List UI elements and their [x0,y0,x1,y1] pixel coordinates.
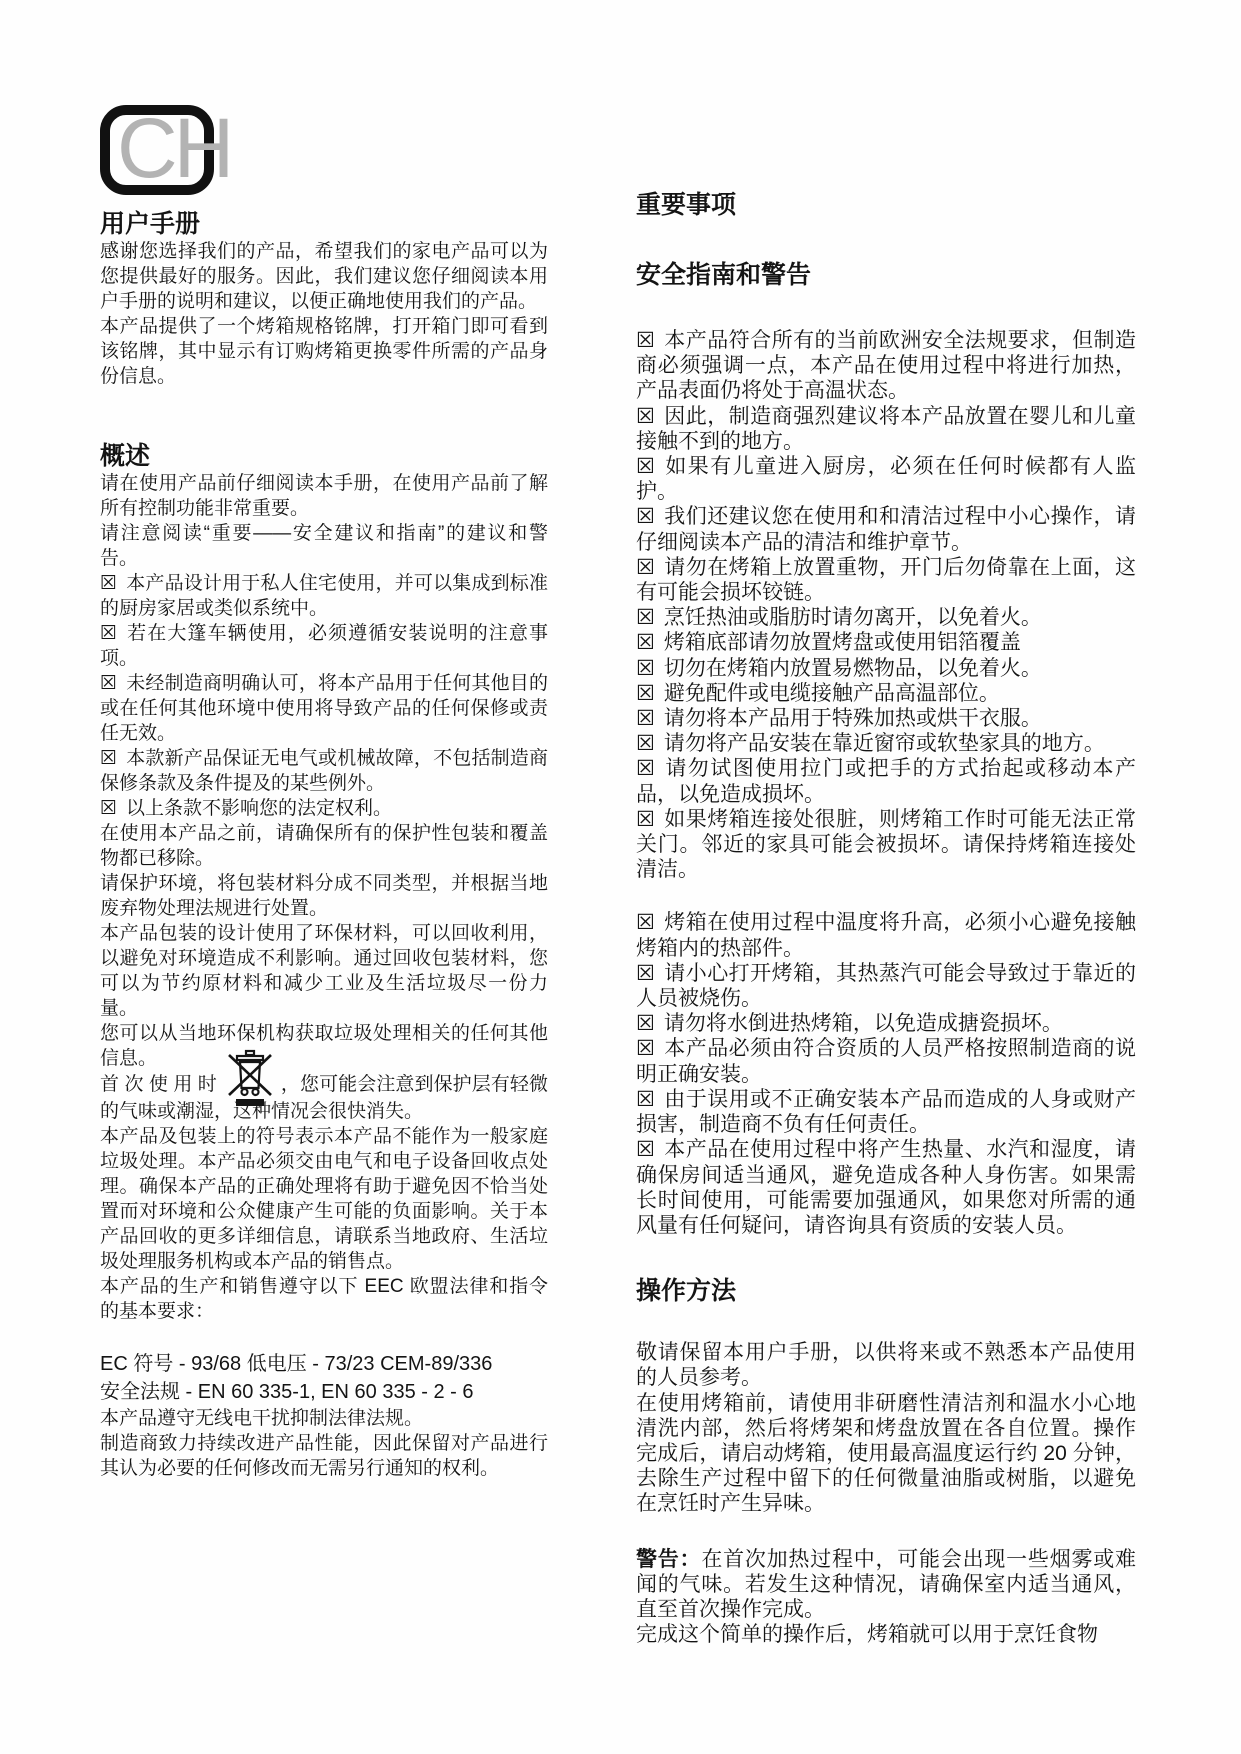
list-item-text: 切勿在烤箱内放置易燃物品，以免着火。 [664,657,1042,680]
radio-paragraph: 本产品遵守无线电干扰抑制法律法规。 [100,1406,548,1431]
disposal-paragraph: 本产品及包装上的符号表示本产品不能作为一般家庭垃圾处理。本产品必须交由电气和电子… [100,1124,548,1274]
intro-paragraph: 本产品提供了一个烤箱规格铭牌，打开箱门即可看到该铭牌，其中显示有订购烤箱更换零件… [100,314,548,389]
left-title: 用户手册 [100,209,548,239]
operation-paragraph: 在使用烤箱前，请使用非研磨性清洁剂和温水小心地清洗内部，然后将烤架和烤盘放置在各… [636,1391,1136,1517]
list-item: ☒本产品在使用过程中将产生热量、水汽和湿度，请确保房间适当通风，避免造成各种人身… [636,1137,1136,1238]
list-item: ☒请勿在烤箱上放置重物，开门后勿倚靠在上面，这有可能会损坏铰链。 [636,555,1136,605]
warning-label: 警告： [636,1548,701,1571]
list-item: ☒请勿将水倒进热烤箱，以免造成搪瓷损坏。 [636,1011,1136,1036]
ballot-x-icon: ☒ [636,606,655,629]
manual-page: CH 用户手册 感谢您选择我们的产品，希望我们的家电产品可以为您提供最好的服务。… [0,0,1241,1754]
eec-intro-paragraph: 本产品的生产和销售遵守以下 EEC 欧盟法律和指令的基本要求： [100,1274,548,1324]
list-item-text: 烤箱在使用过程中温度将升高，必须小心避免接触烤箱内的热部件。 [636,911,1136,959]
ballot-x-icon: ☒ [100,573,117,594]
list-item: ☒未经制造商明确认可，将本产品用于任何其他目的或在任何其他环境中使用将导致产品的… [100,671,548,746]
list-item-text: 本产品必须由符合资质的人员严格按照制造商的说明正确安装。 [636,1037,1136,1085]
list-item: ☒以上条款不影响您的法定权利。 [100,796,548,821]
list-item: ☒切勿在烤箱内放置易燃物品，以免着火。 [636,656,1136,681]
environment-paragraph: 本产品包装的设计使用了环保材料，可以回收利用，以避免对环境造成不利影响。通过回收… [100,921,548,1021]
left-column: CH 用户手册 感谢您选择我们的产品，希望我们的家电产品可以为您提供最好的服务。… [100,105,548,1481]
list-item: ☒若在大篷车辆使用，必须遵循安装说明的注意事项。 [100,621,548,671]
ballot-x-icon: ☒ [636,911,655,934]
list-item: ☒烤箱底部请勿放置烤盘或使用铝箔覆盖 [636,630,1136,655]
ballot-x-icon: ☒ [636,962,655,985]
list-item: ☒请勿将产品安装在靠近窗帘或软垫家具的地方。 [636,731,1136,756]
ballot-x-icon: ☒ [636,657,655,680]
ballot-x-icon: ☒ [636,707,655,730]
list-item-text: 以上条款不影响您的法定权利。 [126,798,392,819]
weee-crossed-out-bin-icon [223,1049,277,1107]
ballot-x-icon: ☒ [100,673,117,694]
overview-bullet-list: ☒本产品设计用于私人住宅使用，并可以集成到标准的厨房家居或类似系统中。 ☒若在大… [100,571,548,821]
list-item-text: 请小心打开烤箱，其热蒸汽可能会导致过于靠近的人员被烧伤。 [636,962,1136,1010]
list-item-text: 我们还建议您在使用和和清洁过程中小心操作，请仔细阅读本产品的清洁和维护章节。 [636,505,1136,553]
list-item-text: 烹饪热油或脂肪时请勿离开，以免着火。 [664,606,1042,629]
list-item: ☒如果烤箱连接处很脏，则烤箱工作时可能无法正常关门。邻近的家具可能会被损坏。请保… [636,807,1136,883]
list-item-text: 未经制造商明确认可，将本产品用于任何其他目的或在任何其他环境中使用将导致产品的任… [100,673,548,744]
ballot-x-icon: ☒ [636,732,655,755]
list-item: ☒烹饪热油或脂肪时请勿离开，以免着火。 [636,605,1136,630]
list-item-text: 请勿在烤箱上放置重物，开门后勿倚靠在上面，这有可能会损坏铰链。 [636,556,1136,604]
list-item-text: 如果烤箱连接处很脏，则烤箱工作时可能无法正常关门。邻近的家具可能会被损坏。请保持… [636,808,1136,881]
logo-text: CH [117,106,230,190]
list-item: ☒请小心打开烤箱，其热蒸汽可能会导致过于靠近的人员被烧伤。 [636,961,1136,1011]
environment-paragraph: 在使用本产品之前，请确保所有的保护性包装和覆盖物都已移除。 [100,821,548,871]
ballot-x-icon: ☒ [636,808,655,831]
list-item: ☒请勿试图使用拉门或把手的方式抬起或移动本产品，以免造成损坏。 [636,756,1136,806]
list-item: ☒由于误用或不正确安装本产品而造成的人身或财产损害，制造商不负有任何责任。 [636,1087,1136,1137]
ballot-x-icon: ☒ [636,329,655,352]
overview-heading: 概述 [100,441,548,471]
operation-heading: 操作方法 [636,1276,1136,1306]
ballot-x-icon: ☒ [636,631,655,654]
ballot-x-icon: ☒ [100,798,117,819]
list-item-text: 若在大篷车辆使用，必须遵循安装说明的注意事项。 [100,623,548,669]
warning-paragraph: 警告：在首次加热过程中，可能会出现一些烟雾或难闻的气味。若发生这种情况，请确保室… [636,1547,1136,1623]
ballot-x-icon: ☒ [636,405,655,428]
overview-paragraph: 请注意阅读“重要——安全建议和指南”的建议和警告。 [100,521,548,571]
ec-directive-line: EC 符号 - 93/68 低电压 - 73/23 CEM-89/336 [100,1350,548,1378]
ballot-x-icon: ☒ [100,623,117,644]
list-item-text: 请勿试图使用拉门或把手的方式抬起或移动本产品，以免造成损坏。 [636,757,1136,805]
ballot-x-icon: ☒ [636,556,655,579]
ballot-x-icon: ☒ [636,1012,655,1035]
safety-bullet-list-a: ☒本产品符合所有的当前欧洲安全法规要求，但制造商必须强调一点，本产品在使用过程中… [636,328,1136,882]
closing-paragraph: 完成这个简单的操作后，烤箱就可以用于烹饪食物 [636,1622,1136,1647]
ec-directives: EC 符号 - 93/68 低电压 - 73/23 CEM-89/336 安全法… [100,1350,548,1406]
environment-paragraph: 请保护环境，将包装材料分成不同类型，并根据当地废弃物处理法规进行处置。 [100,871,548,921]
list-item-text: 请勿将水倒进热烤箱，以免造成搪瓷损坏。 [664,1012,1063,1035]
first-use-text: 首 次 使 用 时 [100,1074,217,1095]
list-item-text: 避免配件或电缆接触产品高温部位。 [664,682,1000,705]
list-item: ☒如果有儿童进入厨房，必须在任何时候都有人监护。 [636,454,1136,504]
first-use-paragraph: 首 次 使 用 时 ，您可能会注意到保护层有轻微的气味或潮湿，这种情况会很快消失… [100,1071,548,1124]
ballot-x-icon: ☒ [636,1037,655,1060]
ballot-x-icon: ☒ [636,455,655,478]
list-item: ☒我们还建议您在使用和和清洁过程中小心操作，请仔细阅读本产品的清洁和维护章节。 [636,504,1136,554]
list-item: ☒本款新产品保证无电气或机械故障，不包括制造商保修条款及条件提及的某些例外。 [100,746,548,796]
list-item: ☒烤箱在使用过程中温度将升高，必须小心避免接触烤箱内的热部件。 [636,910,1136,960]
list-item-text: 请勿将本产品用于特殊加热或烘干衣服。 [664,707,1042,730]
intro-paragraph: 感谢您选择我们的产品，希望我们的家电产品可以为您提供最好的服务。因此，我们建议您… [100,239,548,314]
list-item-text: 本款新产品保证无电气或机械故障，不包括制造商保修条款及条件提及的某些例外。 [100,748,548,794]
list-item-text: 因此，制造商强烈建议将本产品放置在婴儿和儿童接触不到的地方。 [636,405,1136,453]
list-item: ☒本产品设计用于私人住宅使用，并可以集成到标准的厨房家居或类似系统中。 [100,571,548,621]
operation-paragraph: 敬请保留本用户手册，以供将来或不熟悉本产品使用的人员参考。 [636,1340,1136,1390]
list-item-text: 本产品设计用于私人住宅使用，并可以集成到标准的厨房家居或类似系统中。 [100,573,548,619]
ballot-x-icon: ☒ [636,505,655,528]
warning-text: 在首次加热过程中，可能会出现一些烟雾或难闻的气味。若发生这种情况，请确保室内适当… [636,1548,1136,1621]
ballot-x-icon: ☒ [100,748,117,769]
list-item: ☒请勿将本产品用于特殊加热或烘干衣服。 [636,706,1136,731]
environment-paragraph: 您可以从当地环保机构获取垃圾处理相关的任何其他信息。 [100,1021,548,1071]
list-item-text: 如果有儿童进入厨房，必须在任何时候都有人监护。 [636,455,1136,503]
right-column: 重要事项 安全指南和警告 ☒本产品符合所有的当前欧洲安全法规要求，但制造商必须强… [636,190,1136,1647]
ch-language-logo: CH [100,105,214,195]
ballot-x-icon: ☒ [636,1088,655,1111]
radio-paragraph: 制造商致力持续改进产品性能，因此保留对产品进行其认为必要的任何修改而无需另行通知… [100,1431,548,1481]
ballot-x-icon: ☒ [636,682,655,705]
list-item: ☒本产品符合所有的当前欧洲安全法规要求，但制造商必须强调一点，本产品在使用过程中… [636,328,1136,404]
list-item-text: 烤箱底部请勿放置烤盘或使用铝箔覆盖 [664,631,1021,654]
ballot-x-icon: ☒ [636,757,655,780]
list-item-text: 本产品符合所有的当前欧洲安全法规要求，但制造商必须强调一点，本产品在使用过程中将… [636,329,1136,402]
ec-directive-line: 安全法规 - EN 60 335-1, EN 60 335 - 2 - 6 [100,1378,548,1406]
list-item: ☒避免配件或电缆接触产品高温部位。 [636,681,1136,706]
list-item-text: 请勿将产品安装在靠近窗帘或软垫家具的地方。 [664,732,1105,755]
list-item: ☒因此，制造商强烈建议将本产品放置在婴儿和儿童接触不到的地方。 [636,404,1136,454]
safety-bullet-list-b: ☒烤箱在使用过程中温度将升高，必须小心避免接触烤箱内的热部件。 ☒请小心打开烤箱… [636,910,1136,1238]
ballot-x-icon: ☒ [636,1138,655,1161]
safety-heading: 安全指南和警告 [636,260,1136,290]
list-item-text: 本产品在使用过程中将产生热量、水汽和湿度，请确保房间适当通风，避免造成各种人身伤… [636,1138,1136,1237]
overview-paragraph: 请在使用产品前仔细阅读本手册，在使用产品前了解所有控制功能非常重要。 [100,471,548,521]
list-item-text: 由于误用或不正确安装本产品而造成的人身或财产损害，制造商不负有任何责任。 [636,1088,1136,1136]
right-title: 重要事项 [636,190,1136,220]
list-item: ☒本产品必须由符合资质的人员严格按照制造商的说明正确安装。 [636,1036,1136,1086]
